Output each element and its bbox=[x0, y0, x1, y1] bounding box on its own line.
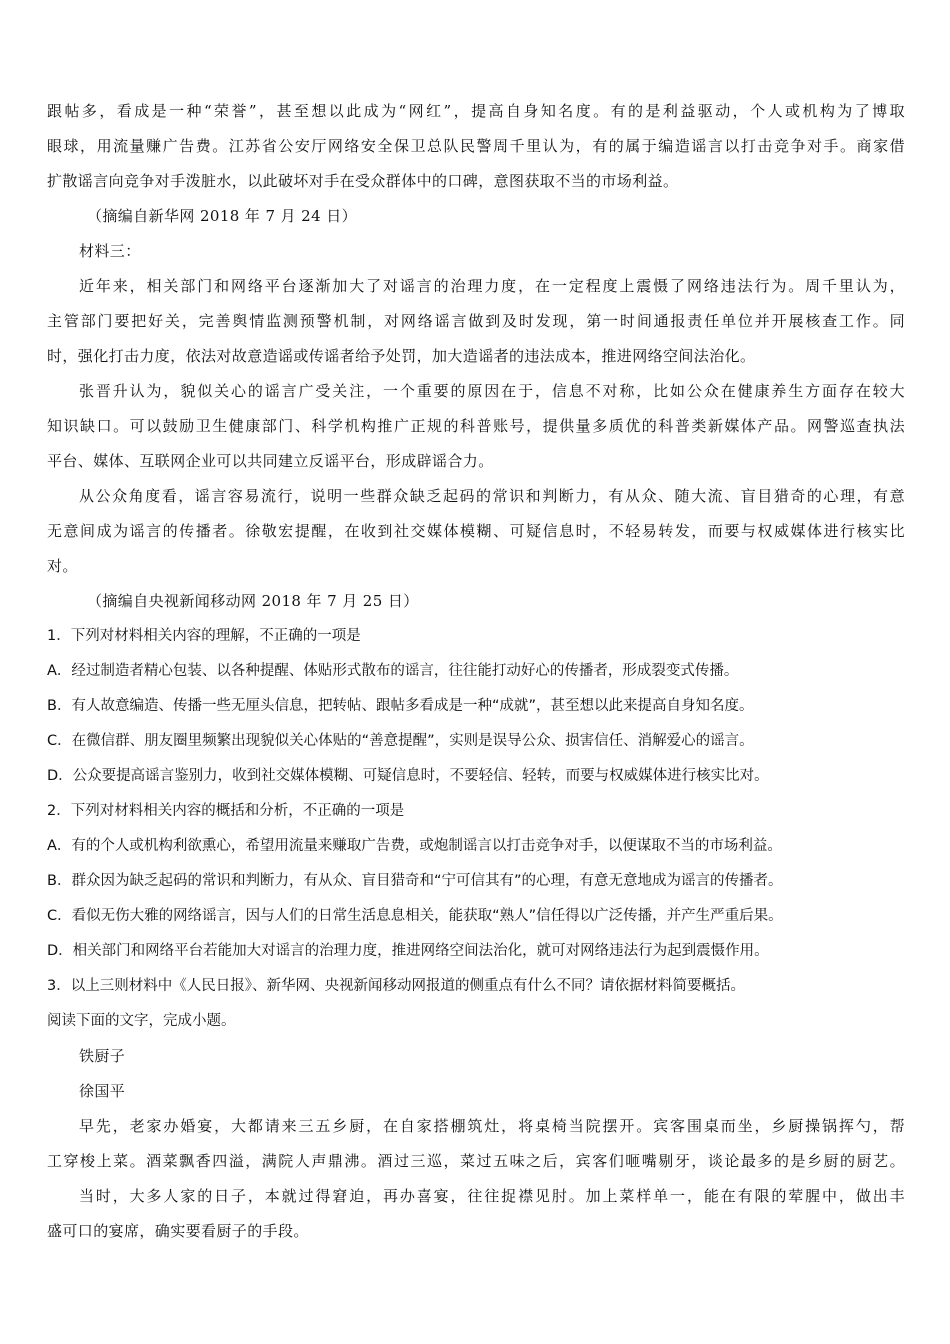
text-line: 知识缺口。可以鼓励卫生健康部门、科学机构推广正规的科普账号，提供量多质优的科普类… bbox=[47, 416, 905, 436]
text-line: 盛可口的宴席，确实要看厨子的手段。 bbox=[47, 1221, 905, 1241]
text-line: 工穿梭上菜。酒菜飘香四溢，满院人声鼎沸。酒过三巡，菜过五味之后，宾客们咂嘴剔牙，… bbox=[47, 1151, 905, 1171]
section-heading: 材料三： bbox=[79, 241, 905, 261]
question-option[interactable]: B．有人故意编造、传播一些无厘头信息，把转帖、跟帖多看成是一种“成就”，甚至想以… bbox=[47, 696, 905, 716]
document-page: 跟帖多，看成是一种“荣誉”，甚至想以此成为“网红”，提高自身知名度。有的是利益驱… bbox=[0, 0, 950, 1344]
text-line: 无意间成为谣言的传播者。徐敬宏提醒，在收到社交媒体模糊、可疑信息时，不轻易转发，… bbox=[47, 521, 905, 541]
text-line: 从公众角度看，谣言容易流行，说明一些群众缺乏起码的常识和判断力，有从众、随大流、… bbox=[79, 486, 905, 506]
story-author: 徐国平 bbox=[79, 1081, 905, 1101]
text-line: 早先，老家办婚宴，大都请来三五乡厨，在自家搭棚筑灶，将桌椅当院摆开。宾客围桌而坐… bbox=[79, 1116, 905, 1136]
source-citation: （摘编自央视新闻移动网 2018 年 7 月 25 日） bbox=[87, 591, 419, 611]
question-stem: 2．下列对材料相关内容的概括和分析，不正确的一项是 bbox=[47, 801, 905, 821]
text-line: 近年来，相关部门和网络平台逐渐加大了对谣言的治理力度，在一定程度上震慑了网络违法… bbox=[79, 276, 905, 296]
text-line: 跟帖多，看成是一种“荣誉”，甚至想以此成为“网红”，提高自身知名度。有的是利益驱… bbox=[47, 101, 905, 121]
text-line: 眼球，用流量赚广告费。江苏省公安厅网络安全保卫总队民警周千里认为，有的属于编造谣… bbox=[47, 136, 905, 156]
text-line: 张晋升认为，貌似关心的谣言广受关注，一个重要的原因在于，信息不对称，比如公众在健… bbox=[79, 381, 905, 401]
source-citation: （摘编自新华网 2018 年 7 月 24 日） bbox=[87, 206, 357, 226]
question-option[interactable]: B．群众因为缺乏起码的常识和判断力，有从众、盲目猎奇和“宁可信其有”的心理，有意… bbox=[47, 871, 905, 891]
question-option[interactable]: D．相关部门和网络平台若能加大对谣言的治理力度，推进网络空间法治化，就可对网络违… bbox=[47, 941, 905, 961]
question-stem: 3．以上三则材料中《人民日报》、新华网、央视新闻移动网报道的侧重点有什么不同？请… bbox=[47, 976, 905, 996]
story-title: 铁厨子 bbox=[79, 1046, 905, 1066]
text-line: 当时，大多人家的日子，本就过得窘迫，再办喜宴，往往捉襟见肘。加上菜样单一，能在有… bbox=[79, 1186, 905, 1206]
text-line: 主管部门要把好关，完善舆情监测预警机制，对网络谣言做到及时发现，第一时间通报责任… bbox=[47, 311, 905, 331]
question-option[interactable]: C．在微信群、朋友圈里频繁出现貌似关心体贴的“善意提醒”，实则是误导公众、损害信… bbox=[47, 731, 905, 751]
question-option[interactable]: A．有的个人或机构利欲熏心，希望用流量来赚取广告费，或炮制谣言以打击竞争对手，以… bbox=[47, 836, 905, 856]
question-option[interactable]: A．经过制造者精心包装、以各种提醒、体贴形式散布的谣言，往往能打动好心的传播者，… bbox=[47, 661, 905, 681]
reading-instruction: 阅读下面的文字，完成小题。 bbox=[47, 1011, 905, 1031]
text-line: 对。 bbox=[47, 556, 905, 576]
text-line: 平台、媒体、互联网企业可以共同建立反谣平台，形成辟谣合力。 bbox=[47, 451, 905, 471]
question-option[interactable]: D．公众要提高谣言鉴别力，收到社交媒体模糊、可疑信息时，不要轻信、轻转，而要与权… bbox=[47, 766, 905, 786]
question-option[interactable]: C．看似无伤大雅的网络谣言，因与人们的日常生活息息相关，能获取“熟人”信任得以广… bbox=[47, 906, 905, 926]
question-stem: 1．下列对材料相关内容的理解，不正确的一项是 bbox=[47, 626, 905, 646]
text-line: 扩散谣言向竞争对手泼脏水，以此破坏对手在受众群体中的口碑，意图获取不当的市场利益… bbox=[47, 171, 905, 191]
text-line: 时，强化打击力度，依法对故意造谣或传谣者给予处罚，加大造谣者的违法成本，推进网络… bbox=[47, 346, 905, 366]
